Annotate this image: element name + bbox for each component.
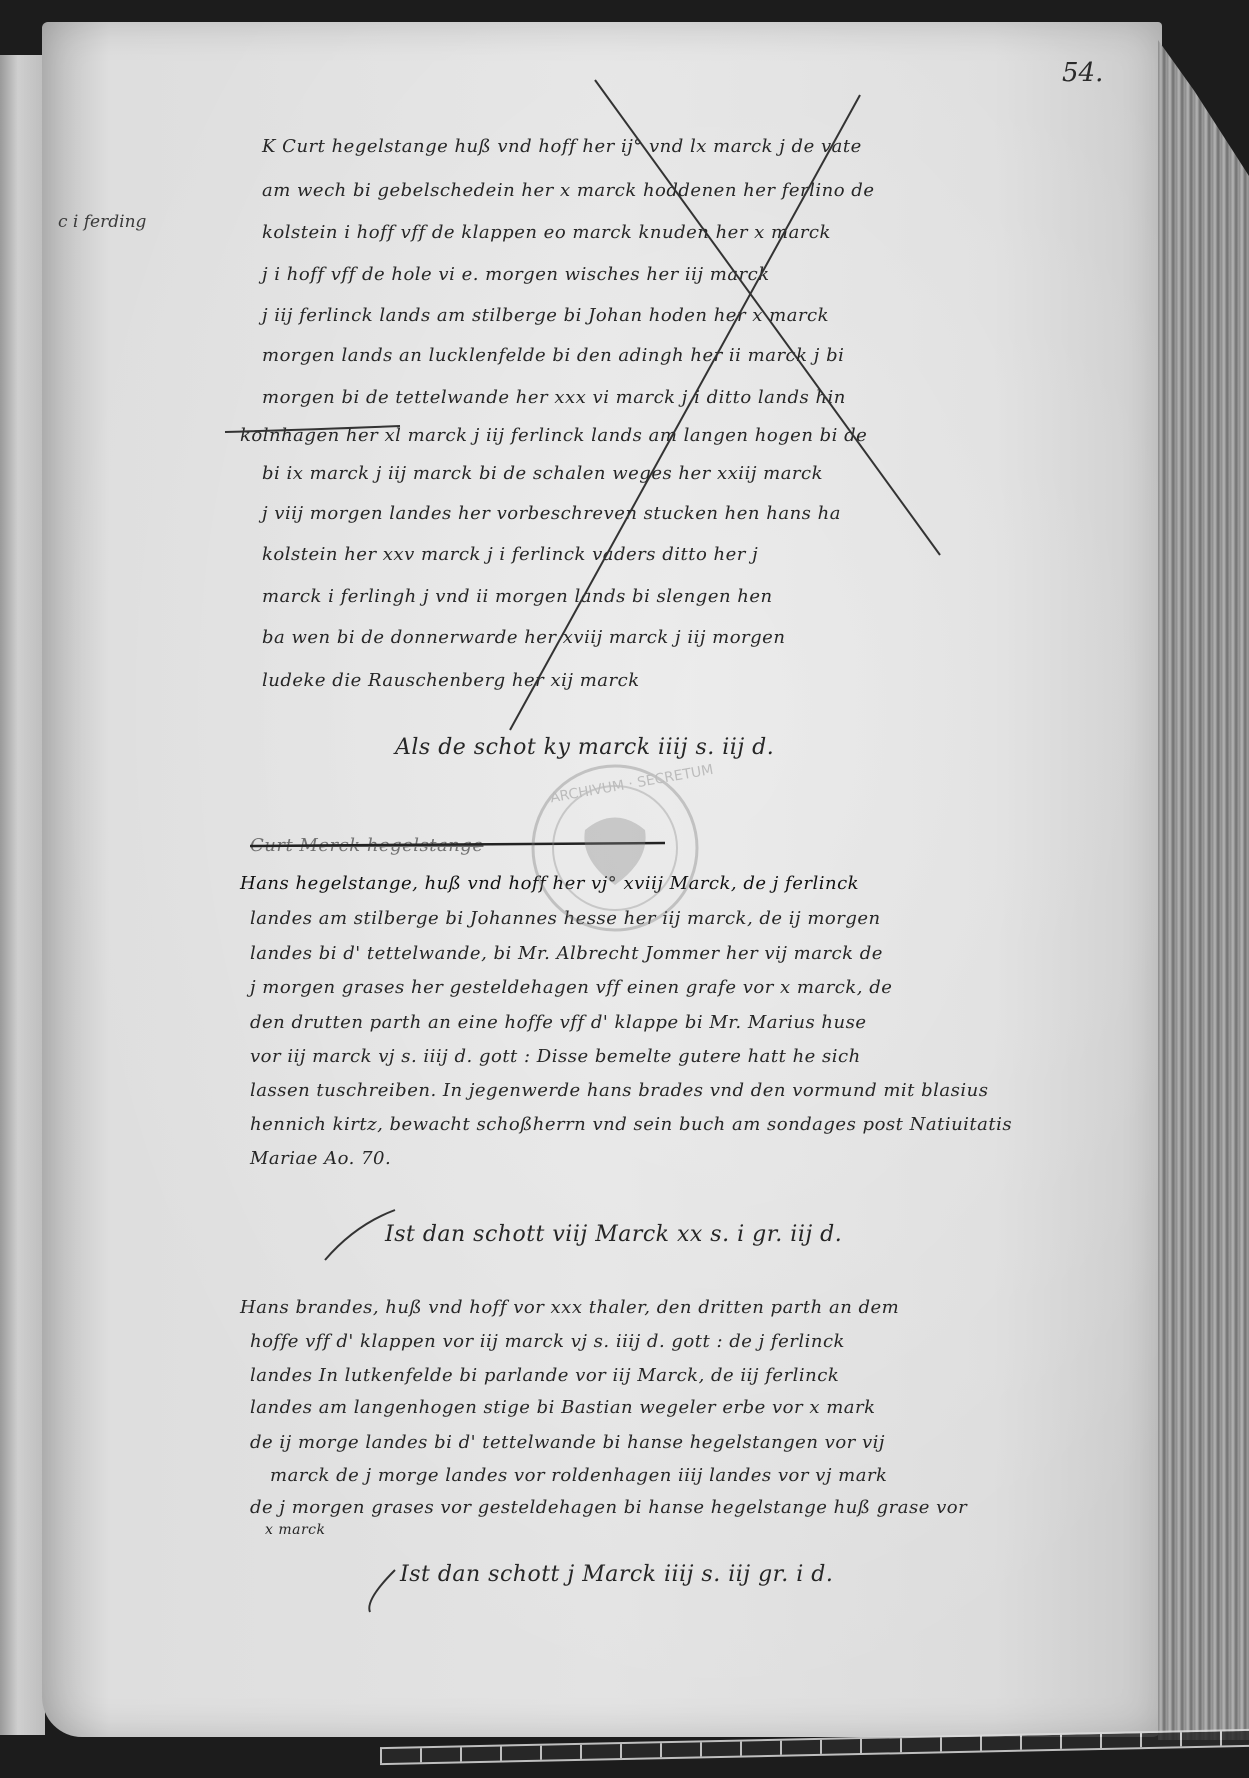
subtotal-3: Ist dan schott j Marck iiij s. iij gr. i…: [400, 1562, 833, 1587]
entry-line: morgen lands an lucklenfelde bi den adin…: [262, 345, 844, 366]
entry-line: kolstein i hoff vff de klappen eo marck …: [262, 222, 831, 243]
entry-line: morgen bi de tettelwande her xxx vi marc…: [262, 387, 846, 408]
entry-line: landes In lutkenfelde bi parlande vor ii…: [250, 1365, 839, 1386]
entry-line: den drutten parth an eine hoffe vff d' k…: [250, 1012, 866, 1033]
folio-number: 54.: [1062, 58, 1103, 88]
left-page-edge: [0, 55, 45, 1735]
entry-line: x marck: [265, 1522, 325, 1538]
entry-line: hoffe vff d' klappen vor iij marck vj s.…: [250, 1331, 845, 1352]
subtotal-2: Ist dan schott viij Marck xx s. i gr. ii…: [385, 1222, 842, 1247]
book-page-edges: [1158, 40, 1249, 1740]
entry-line: j morgen grases her gesteldehagen vff ei…: [250, 977, 892, 998]
entry-line: Hans hegelstange, huß vnd hoff her vj° x…: [240, 873, 859, 894]
entry-line: Mariae Ao. 70.: [250, 1148, 391, 1169]
entry-line: am wech bi gebelschedein her x marck hod…: [262, 180, 874, 201]
entry-line: hennich kirtz, bewacht schoßherrn vnd se…: [250, 1114, 1012, 1135]
entry-line: marck de j morge landes vor roldenhagen …: [270, 1465, 887, 1486]
entry-line: ba wen bi de donnerwarde her xviij marck…: [262, 627, 785, 648]
entry-line: landes am stilberge bi Johannes hesse he…: [250, 908, 881, 929]
entry-line: landes bi d' tettelwande, bi Mr. Albrech…: [250, 943, 883, 964]
entry-line: lassen tuschreiben. In jegenwerde hans b…: [250, 1080, 988, 1101]
entry-line: K Curt hegelstange huß vnd hoff her ij° …: [262, 136, 862, 157]
manuscript-scan: 54. c i ferding K Curt hegelstange huß v…: [0, 0, 1249, 1778]
margin-note: c i ferding: [58, 212, 146, 232]
entry-line: de j morgen grases vor gesteldehagen bi …: [250, 1497, 967, 1518]
entry-line: kolstein her xxv marck j i ferlinck vade…: [262, 544, 758, 565]
entry-line: bi ix marck j iij marck bi de schalen we…: [262, 463, 823, 484]
subtotal-1: Als de schot ky marck iiij s. iij d.: [395, 735, 774, 760]
entry-line: Hans brandes, huß vnd hoff vor xxx thale…: [240, 1297, 899, 1318]
entry-line: j iij ferlinck lands am stilberge bi Joh…: [262, 305, 829, 326]
entry-line: marck i ferlingh j vnd ii morgen lands b…: [262, 586, 773, 607]
entry-line: j i hoff vff de hole vi e. morgen wische…: [262, 264, 770, 285]
entry-line: de ij morge landes bi d' tettelwande bi …: [250, 1432, 885, 1453]
entry-line: j viij morgen landes her vorbeschreven s…: [262, 503, 841, 524]
entry-line: ludeke die Rauschenberg her xij marck: [262, 670, 640, 691]
entry-line: landes am langenhogen stige bi Bastian w…: [250, 1397, 876, 1418]
entry-line: vor iij marck vj s. iiij d. gott : Disse…: [250, 1046, 861, 1067]
struck-heading: Curt Merck hegelstange: [250, 835, 483, 856]
entry-line: kolnhagen her xl marck j iij ferlinck la…: [240, 425, 867, 446]
